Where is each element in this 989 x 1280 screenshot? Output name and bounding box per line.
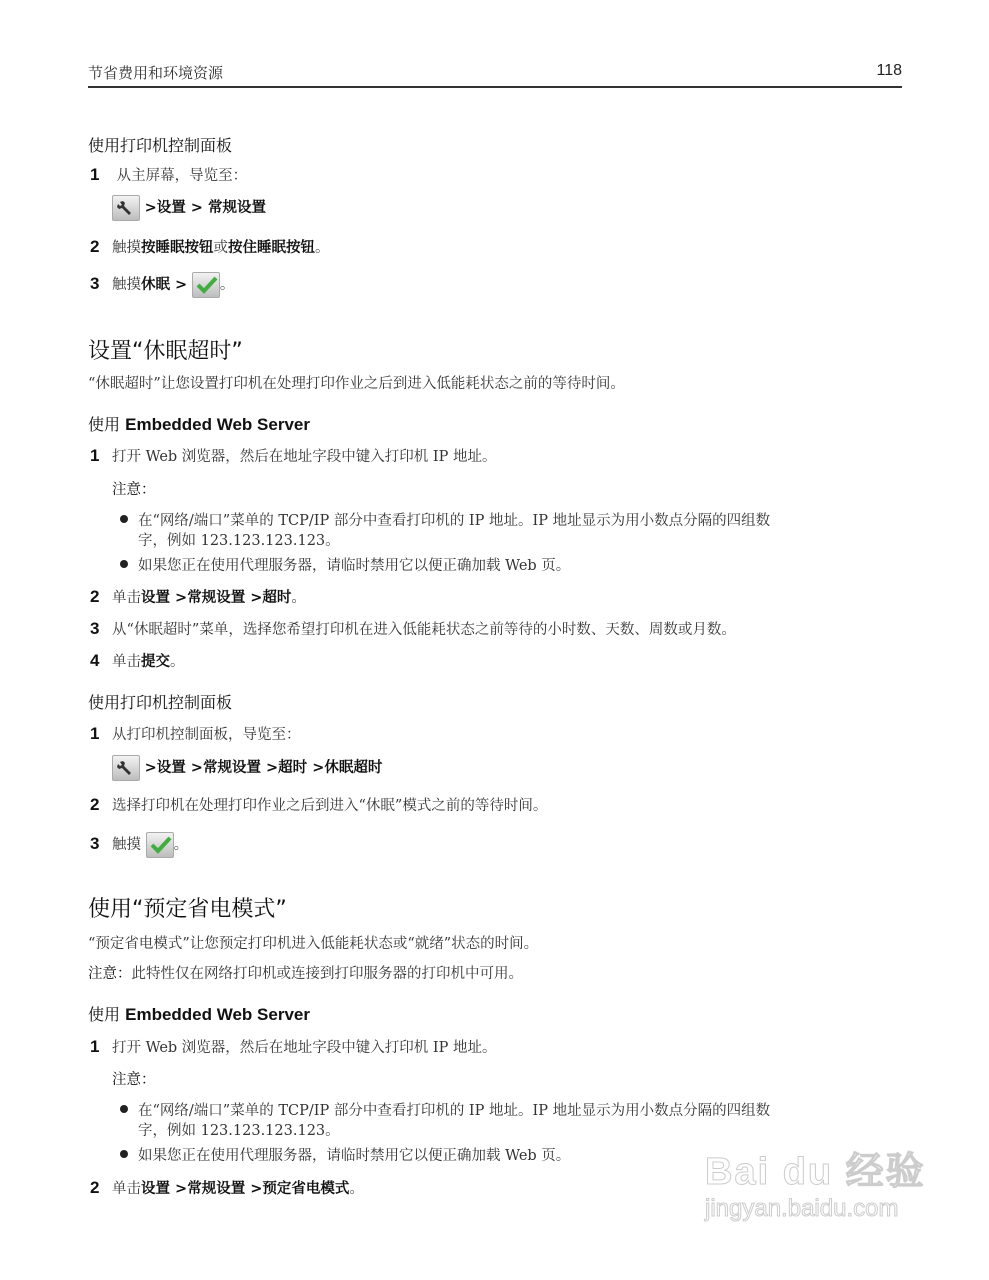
page-number: 118 — [876, 62, 902, 80]
bullet-item: 在“网络/端口”菜单的 TCP/IP 部分中查看打印机的 IP 地址。IP 地址… — [120, 509, 770, 530]
step-text: 单击 — [112, 1181, 141, 1197]
step-text: 打开 Web 浏览器，然后在地址字段中键入打印机 IP 地址。 — [112, 1040, 497, 1056]
step-text: 或 — [214, 240, 229, 256]
menu-path: 设置 >常规设置 >超时 — [141, 590, 291, 606]
step-number: 3 — [90, 834, 112, 854]
bullet-item: 如果您正在使用代理服务器，请临时禁用它以便正确加载 Web 页。 — [120, 1144, 570, 1165]
subheading-prefix: 使用 — [88, 1005, 120, 1024]
subheading-bold: Embedded Web Server — [125, 1005, 310, 1024]
step-text: 选择打印机在处理打印作业之后到进入“休眠”模式之前的等待时间。 — [112, 798, 547, 814]
bullet-icon — [120, 560, 128, 568]
intro-scheduled-power-modes: “预定省电模式”让您预定打印机进入低能耗状态或“就绪”状态的时间。 — [88, 932, 538, 953]
header-title: 节省费用和环境资源 — [88, 62, 223, 83]
step-number: 3 — [90, 274, 112, 294]
heading-scheduled-power-modes: 使用“预定省电模式” — [88, 892, 287, 923]
step-text: 。 — [349, 1181, 364, 1197]
wrench-icon[interactable] — [112, 755, 140, 781]
nav-path: >设置 > 常规设置 — [112, 195, 266, 221]
step-text: 单击 — [112, 590, 141, 606]
bullet-item: 如果您正在使用代理服务器，请临时禁用它以便正确加载 Web 页。 — [120, 554, 570, 575]
wrench-icon[interactable] — [112, 195, 140, 221]
bullet-text: 在“网络/端口”菜单的 TCP/IP 部分中查看打印机的 IP 地址。IP 地址… — [138, 513, 770, 529]
step-text: 触摸 — [112, 240, 141, 256]
note-label: 注意： — [88, 966, 132, 982]
note: 注意：此特性仅在网络打印机或连接到打印服务器的打印机中可用。 — [88, 962, 523, 983]
watermark-url: jingyan.baidu.com — [705, 1195, 945, 1223]
baidu-watermark: Bai du 经验 jingyan.baidu.com — [705, 1140, 945, 1240]
step-2: 2单击设置 >常规设置 >超时。 — [90, 586, 306, 607]
subheading-ews: 使用 Embedded Web Server — [88, 1002, 310, 1025]
hibernate-option: 休眠 > — [141, 277, 187, 293]
step-number: 2 — [90, 795, 112, 815]
bullet-item: 在“网络/端口”菜单的 TCP/IP 部分中查看打印机的 IP 地址。IP 地址… — [120, 1099, 770, 1120]
step-text: 从“休眠超时”菜单，选择您希望打印机在进入低能耗状态之前等待的小时数、天数、周数… — [112, 622, 736, 638]
step-text: 。 — [170, 654, 185, 670]
bullet-icon — [120, 515, 128, 523]
hold-sleep-button-option: 按住睡眠按钮 — [228, 240, 315, 256]
page-header: 节省费用和环境资源 118 — [88, 62, 902, 88]
nav-path-text: >设置 >常规设置 >超时 >休眠超时 — [145, 760, 383, 776]
note-label: 注意： — [112, 1068, 156, 1089]
step-number: 1 — [90, 724, 112, 744]
step-3: 3从“休眠超时”菜单，选择您希望打印机在进入低能耗状态之前等待的小时数、天数、周… — [90, 618, 736, 639]
step-text: 。 — [220, 277, 235, 293]
step-4: 4单击提交。 — [90, 650, 185, 671]
step-text: 。 — [174, 837, 189, 853]
step-number: 1 — [90, 165, 112, 185]
menu-path: 设置 >常规设置 >预定省电模式 — [141, 1181, 349, 1197]
bullet-text: 如果您正在使用代理服务器，请临时禁用它以便正确加载 Web 页。 — [138, 558, 570, 574]
submit-option: 提交 — [141, 654, 170, 670]
bullet-item-continued: 字，例如 123.123.123.123。 — [138, 1119, 340, 1140]
heading-hibernate-timeout: 设置“休眠超时” — [88, 334, 243, 365]
bullet-item-continued: 字，例如 123.123.123.123。 — [138, 529, 340, 550]
step-1: 1从打印机控制面板，导览至： — [90, 723, 301, 744]
bullet-icon — [120, 1150, 128, 1158]
sleep-button-option: 按睡眠按钮 — [141, 240, 214, 256]
nav-path-text: >设置 > 常规设置 — [145, 200, 266, 216]
nav-path: >设置 >常规设置 >超时 >休眠超时 — [112, 755, 382, 781]
subheading-bold: Embedded Web Server — [125, 415, 310, 434]
step-number: 2 — [90, 1178, 112, 1198]
step-1: 1打开 Web 浏览器，然后在地址字段中键入打印机 IP 地址。 — [90, 445, 497, 466]
step-3: 3触摸休眠 > 。 — [90, 272, 234, 298]
step-text: 触摸 — [112, 277, 141, 293]
step-1: 1打开 Web 浏览器，然后在地址字段中键入打印机 IP 地址。 — [90, 1036, 497, 1057]
step-text: 单击 — [112, 654, 141, 670]
note-text: 此特性仅在网络打印机或连接到打印服务器的打印机中可用。 — [132, 966, 524, 982]
bullet-text: 如果您正在使用代理服务器，请临时禁用它以便正确加载 Web 页。 — [138, 1148, 570, 1164]
step-text: 。 — [315, 240, 330, 256]
step-text: 。 — [291, 590, 306, 606]
subheading-ews: 使用 Embedded Web Server — [88, 412, 310, 435]
step-number: 2 — [90, 587, 112, 607]
step-text: 从主屏幕，导览至： — [117, 168, 248, 184]
note-label: 注意： — [112, 478, 156, 499]
subheading-prefix: 使用 — [88, 415, 120, 434]
step-2: 2选择打印机在处理打印作业之后到进入“休眠”模式之前的等待时间。 — [90, 794, 547, 815]
step-number: 1 — [90, 446, 112, 466]
step-1: 1 从主屏幕，导览至： — [90, 164, 247, 185]
step-number: 1 — [90, 1037, 112, 1057]
subheading-control-panel: 使用打印机控制面板 — [88, 133, 232, 156]
bullet-text: 在“网络/端口”菜单的 TCP/IP 部分中查看打印机的 IP 地址。IP 地址… — [138, 1103, 770, 1119]
step-number: 2 — [90, 237, 112, 257]
subheading-control-panel: 使用打印机控制面板 — [88, 690, 232, 713]
step-number: 4 — [90, 651, 112, 671]
bullet-icon — [120, 1105, 128, 1113]
step-number: 3 — [90, 619, 112, 639]
intro-hibernate-timeout: “休眠超时”让您设置打印机在处理打印作业之后到进入低能耗状态之前的等待时间。 — [88, 372, 625, 393]
step-text: 触摸 — [112, 837, 141, 853]
step-2: 2单击设置 >常规设置 >预定省电模式。 — [90, 1177, 364, 1198]
checkmark-icon[interactable] — [146, 832, 174, 858]
step-2: 2触摸按睡眠按钮或按住睡眠按钮。 — [90, 236, 330, 257]
watermark-brand: Bai du 经验 — [705, 1140, 945, 1195]
step-text: 从打印机控制面板，导览至： — [112, 727, 301, 743]
checkmark-icon[interactable] — [192, 272, 220, 298]
step-text: 打开 Web 浏览器，然后在地址字段中键入打印机 IP 地址。 — [112, 449, 497, 465]
step-3: 3触摸 。 — [90, 832, 188, 858]
